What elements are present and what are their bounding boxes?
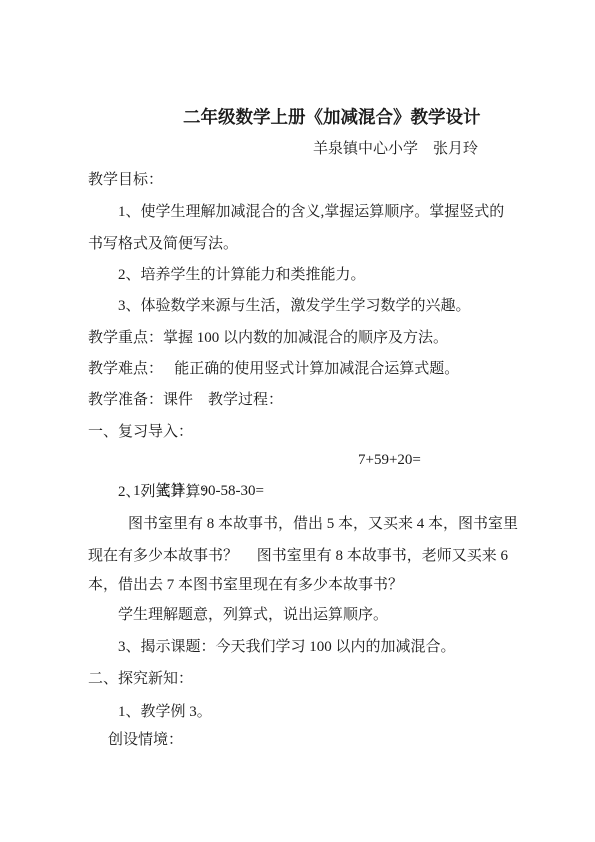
text-line-story-problem-2: 现在有多少本故事书？ 图书室里有 8 本故事书，老师又买来 6 <box>0 541 595 572</box>
text-line-column-calc-heading: 2、列式计算： <box>0 477 595 508</box>
text-line-difficulties: 教学难点： 能正确的使用竖式计算加减混合运算式题。 <box>0 354 595 385</box>
text-line-section-1-heading: 一、复习导入： <box>0 417 595 448</box>
document-title: 二年级数学上册《加减混合》教学设计 <box>183 104 481 130</box>
text-line-story-problem-1: 图书室里有 8 本故事书，借出 5 本，又买来 4 本，图书室里 <box>0 509 595 540</box>
text-line-preparation: 教学准备：课件 教学过程： <box>0 385 595 416</box>
text-line-story-problem-3: 本，借出去 7 本图书室里现在有多少本故事书？ <box>0 570 595 601</box>
text-line-student-activity: 学生理解题意，列算式，说出运算顺序。 <box>0 600 595 631</box>
author-byline: 羊泉镇中心小学 张月玲 <box>313 137 478 161</box>
text-line-teach-example-3: 1、教学例 3。 <box>0 697 595 728</box>
text-line-create-scenario: 创设情境： <box>0 725 595 756</box>
text-line-reveal-topic: 3、揭示课题：今天我们学习 100 以内的加减混合。 <box>0 632 595 663</box>
text-line-objective-1-cont: 书写格式及简便写法。 <box>0 229 595 260</box>
text-line-objective-3: 3、体验数学来源与生活，激发学生学习数学的兴趣。 <box>0 291 595 322</box>
document-page: 二年级数学上册《加减混合》教学设计 羊泉镇中心小学 张月玲 教学目标： 1、使学… <box>0 0 595 842</box>
text-line-key-points: 教学重点：掌握 100 以内数的加减混合的顺序及方法。 <box>0 323 595 354</box>
text-line-objective-1: 1、使学生理解加减混合的含义,掌握运算顺序。掌握竖式的 <box>0 197 595 228</box>
text-line-written-calc: 1、笔算：90-58-30= 7+59+20= <box>0 445 595 476</box>
text-line-objective-2: 2、培养学生的计算能力和类推能力。 <box>0 260 595 291</box>
text-line-section-2-heading: 二、探究新知： <box>0 664 595 695</box>
expression-2: 7+59+20= <box>358 445 421 476</box>
text-line-objectives-heading: 教学目标： <box>0 165 595 196</box>
